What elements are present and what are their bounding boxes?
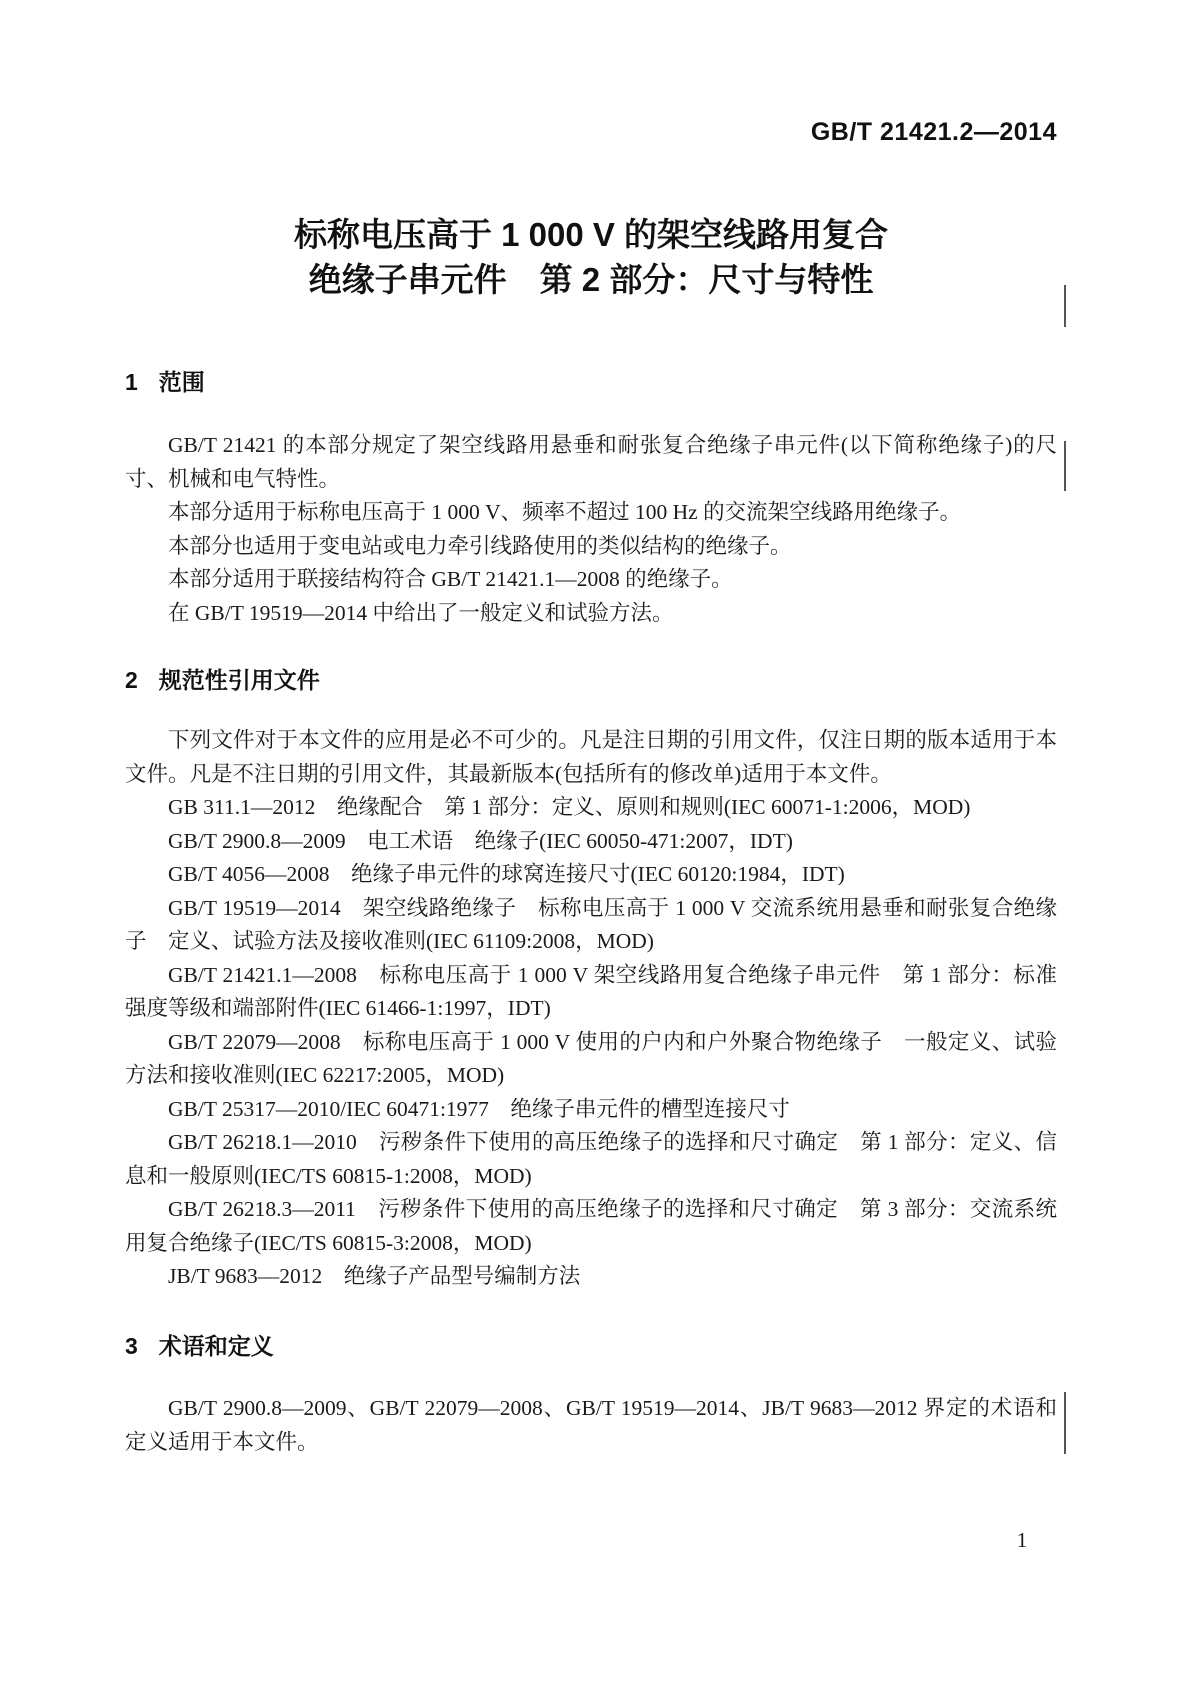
page-number: 1 (992, 1528, 1052, 1553)
section-2-body: 下列文件对于本文件的应用是必不可少的。凡是注日期的引用文件，仅注日期的版本适用于… (125, 724, 1057, 1294)
section-3-heading-label: 术语和定义 (159, 1333, 274, 1359)
change-marker (1064, 285, 1066, 327)
reference-item: GB/T 22079—2008 标称电压高于 1 000 V 使用的户内和户外聚… (125, 1026, 1057, 1093)
reference-item: GB/T 25317—2010/IEC 60471:1977 绝缘子串元件的槽型… (125, 1093, 1057, 1127)
section-1-heading: 1范围 (125, 364, 205, 397)
section-2-heading: 2规范性引用文件 (125, 662, 320, 695)
section-1-number: 1 (125, 369, 138, 396)
document-title: 标称电压高于 1 000 V 的架空线路用复合 绝缘子串元件 第 2 部分：尺寸… (125, 212, 1057, 302)
change-marker (1064, 441, 1066, 491)
change-marker (1064, 1392, 1066, 1454)
reference-item: GB/T 21421.1—2008 标称电压高于 1 000 V 架空线路用复合… (125, 959, 1057, 1026)
paragraph: GB/T 2900.8—2009、GB/T 22079—2008、GB/T 19… (125, 1392, 1057, 1459)
paragraph: 在 GB/T 19519—2014 中给出了一般定义和试验方法。 (125, 597, 1057, 631)
paragraph: 本部分也适用于变电站或电力牵引线路使用的类似结构的绝缘子。 (125, 530, 1057, 564)
reference-item: GB 311.1—2012 绝缘配合 第 1 部分：定义、原则和规则(IEC 6… (125, 791, 1057, 825)
section-3-number: 3 (125, 1333, 138, 1360)
document-title-line2: 绝缘子串元件 第 2 部分：尺寸与特性 (125, 257, 1057, 302)
section-1-body: GB/T 21421 的本部分规定了架空线路用悬垂和耐张复合绝缘子串元件(以下简… (125, 429, 1057, 630)
standard-code-header: GB/T 21421.2—2014 (811, 118, 1057, 147)
section-3-body: GB/T 2900.8—2009、GB/T 22079—2008、GB/T 19… (125, 1392, 1057, 1459)
section-1-heading-label: 范围 (159, 369, 205, 395)
paragraph: 下列文件对于本文件的应用是必不可少的。凡是注日期的引用文件，仅注日期的版本适用于… (125, 724, 1057, 791)
document-title-line1: 标称电压高于 1 000 V 的架空线路用复合 (125, 212, 1057, 257)
paragraph: 本部分适用于标称电压高于 1 000 V、频率不超过 100 Hz 的交流架空线… (125, 496, 1057, 530)
reference-item: GB/T 19519—2014 架空线路绝缘子 标称电压高于 1 000 V 交… (125, 892, 1057, 959)
document-page: GB/T 21421.2—2014 标称电压高于 1 000 V 的架空线路用复… (0, 0, 1191, 1684)
paragraph: GB/T 21421 的本部分规定了架空线路用悬垂和耐张复合绝缘子串元件(以下简… (125, 429, 1057, 496)
reference-item: GB/T 4056—2008 绝缘子串元件的球窝连接尺寸(IEC 60120:1… (125, 858, 1057, 892)
reference-item: GB/T 26218.1—2010 污秽条件下使用的高压绝缘子的选择和尺寸确定 … (125, 1126, 1057, 1193)
reference-item: JB/T 9683—2012 绝缘子产品型号编制方法 (125, 1260, 1057, 1294)
section-2-number: 2 (125, 667, 138, 694)
reference-item: GB/T 2900.8—2009 电工术语 绝缘子(IEC 60050-471:… (125, 825, 1057, 859)
paragraph: 本部分适用于联接结构符合 GB/T 21421.1—2008 的绝缘子。 (125, 563, 1057, 597)
reference-item: GB/T 26218.3—2011 污秽条件下使用的高压绝缘子的选择和尺寸确定 … (125, 1193, 1057, 1260)
section-3-heading: 3术语和定义 (125, 1328, 274, 1361)
section-2-heading-label: 规范性引用文件 (159, 667, 320, 693)
